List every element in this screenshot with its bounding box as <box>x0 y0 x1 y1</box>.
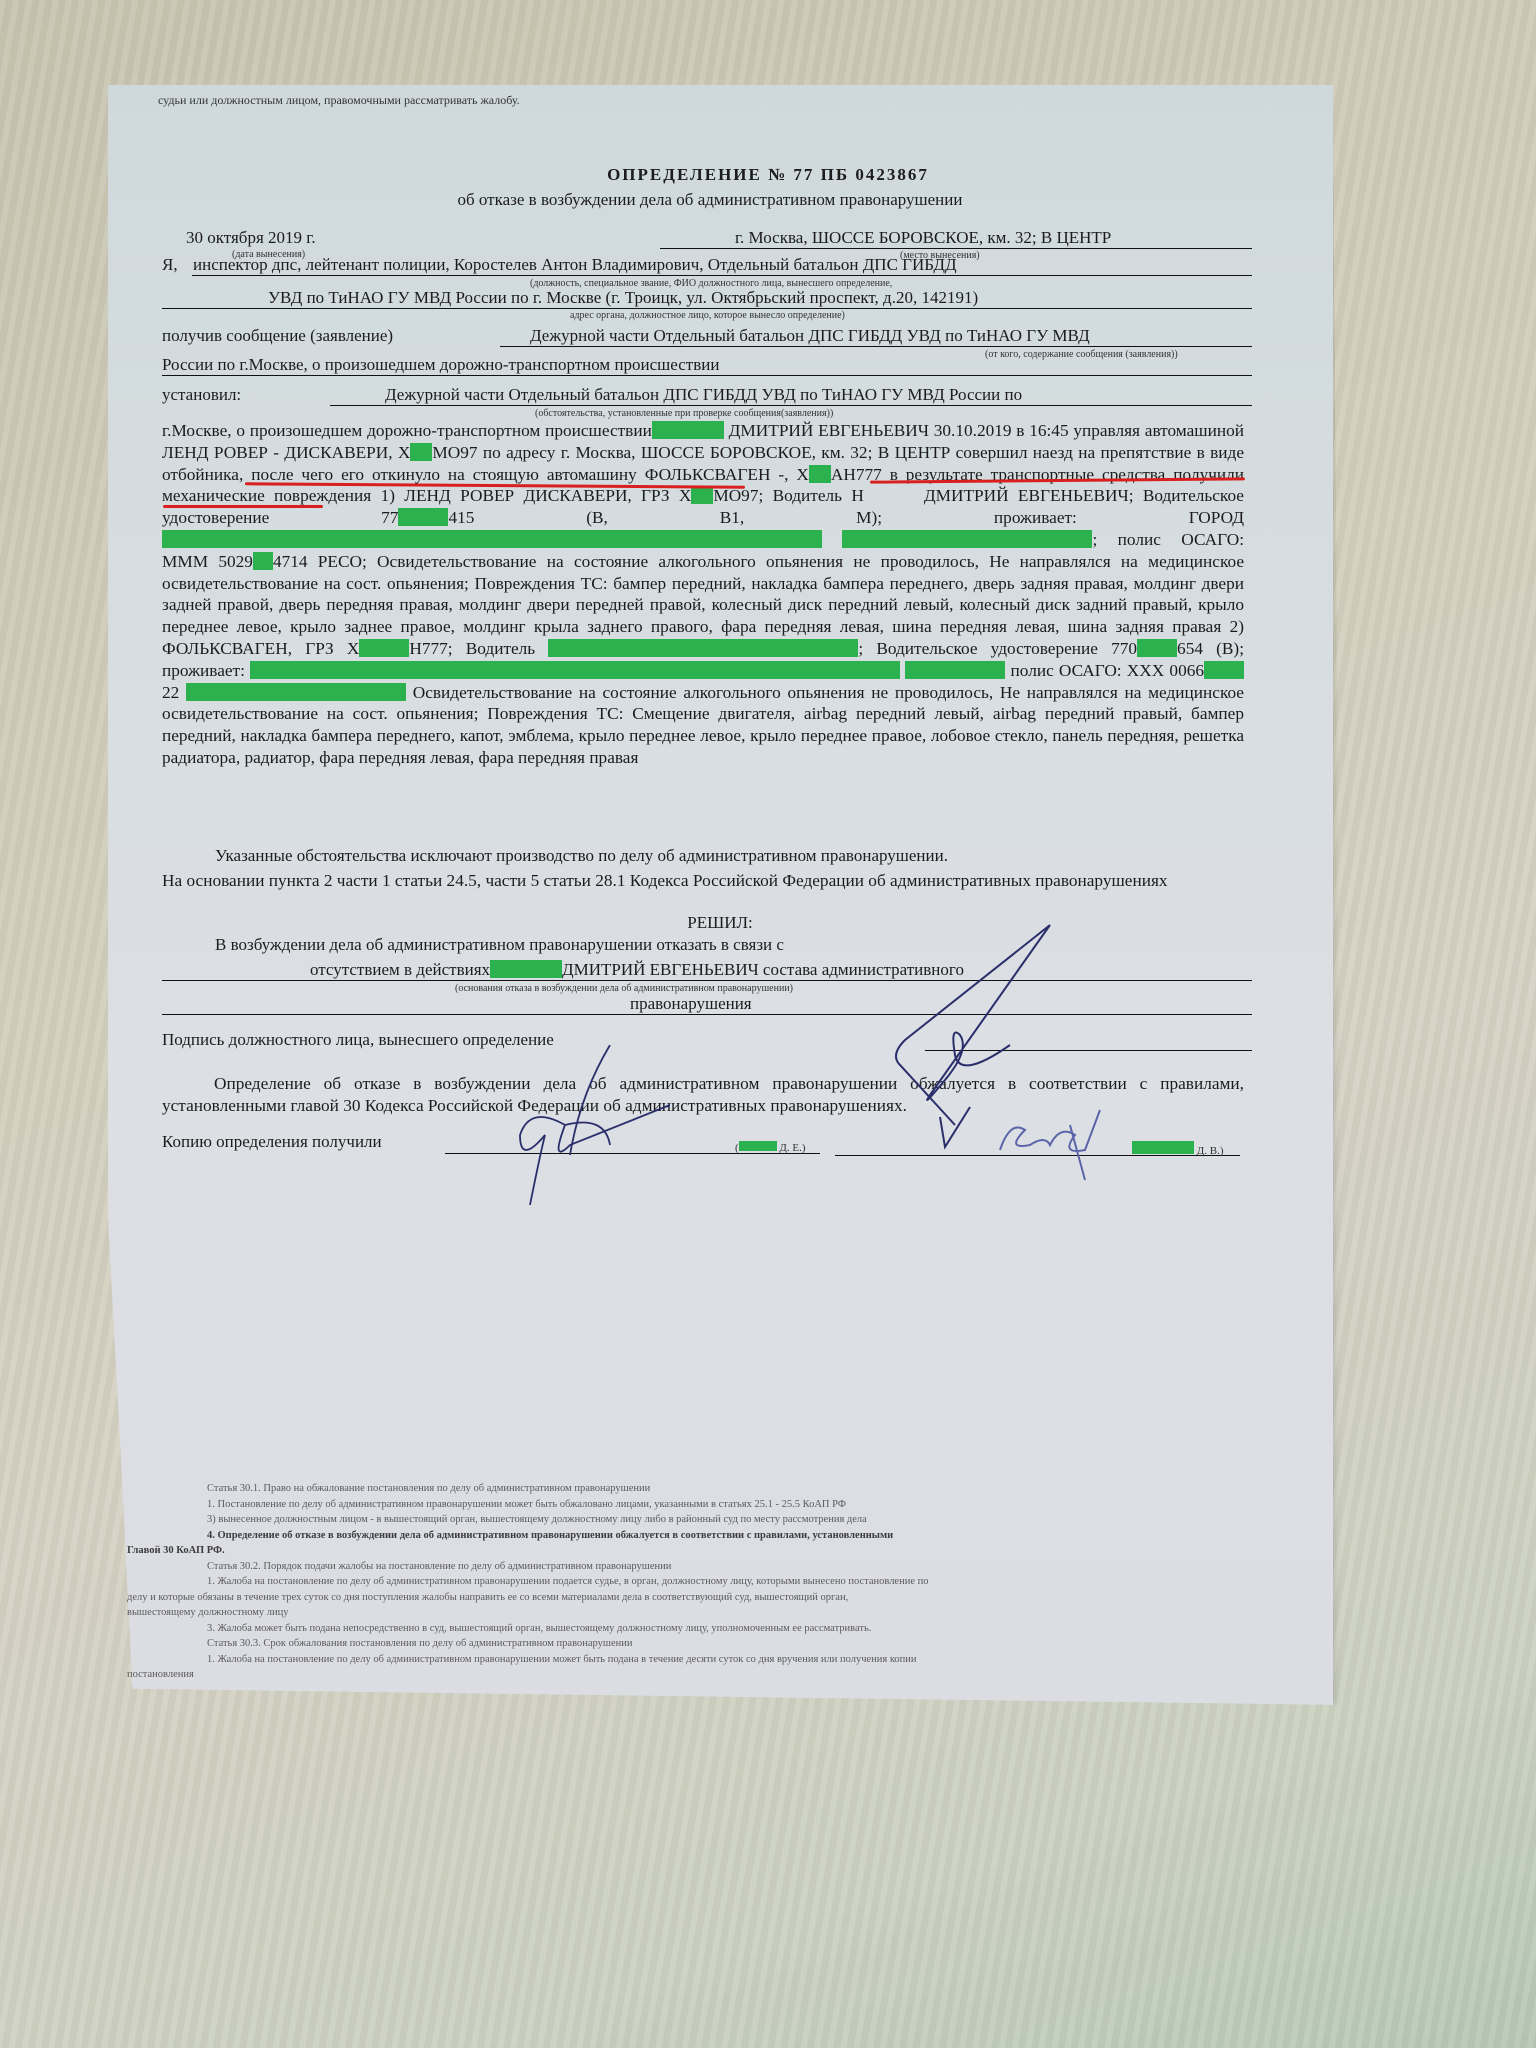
decided-heading: РЕШИЛ: <box>0 913 1440 933</box>
redaction <box>253 552 273 570</box>
redaction <box>864 486 924 504</box>
footer-line: Статья 30.1. Право на обжалование постан… <box>207 1483 650 1494</box>
received-caption: (от кого, содержание сообщения (заявлени… <box>985 349 1178 360</box>
i-label: Я, <box>162 255 178 275</box>
redaction <box>1132 1141 1194 1154</box>
redaction <box>398 508 448 526</box>
redaction <box>162 530 822 548</box>
place-line <box>660 248 1252 249</box>
footer-line: 3) вынесенное должностным лицом - в выше… <box>207 1514 867 1525</box>
footer-line: 1. Жалоба на постановление по делу об ад… <box>207 1654 917 1665</box>
document-subtitle: об отказе в возбуждении дела об админист… <box>0 190 1420 210</box>
redaction <box>250 661 900 679</box>
received-value: Дежурной части Отдельный батальон ДПС ГИ… <box>530 326 1090 346</box>
recipient-1-signature <box>510 1045 670 1215</box>
established-label: установил: <box>162 385 241 405</box>
basis-text: На основании пункта 2 части 1 статьи 24.… <box>162 870 1244 892</box>
redaction <box>809 465 831 483</box>
recipient-2-signature <box>990 1105 1110 1185</box>
redaction <box>186 683 406 701</box>
footer-line: делу и которые обязаны в течение трех су… <box>127 1592 848 1603</box>
established-line <box>330 405 1252 406</box>
org-value: УВД по ТиНАО ГУ МВД России по г. Москве … <box>268 288 978 308</box>
footer-line: Статья 30.3. Срок обжалования постановле… <box>207 1638 632 1649</box>
footer-line: 1. Постановление по делу об администрати… <box>207 1499 846 1510</box>
recipient-1-name: ( Д. Е.) <box>735 1141 806 1154</box>
top-cut-text: судьи или должностным лицом, правомочным… <box>158 93 520 108</box>
established-value: Дежурной части Отдельный батальон ДПС ГИ… <box>385 385 1022 405</box>
date-value: 30 октября 2019 г. <box>186 228 316 248</box>
decision-text: В возбуждении дела об административном п… <box>215 935 784 955</box>
footer-line: 1. Жалоба на постановление по делу об ад… <box>207 1576 929 1587</box>
footer-line: 4. Определение об отказе в возбуждении д… <box>207 1530 893 1541</box>
place-value: г. Москва, ШОССЕ БОРОВСКОЕ, км. 32; В ЦЕ… <box>735 228 1111 248</box>
circumstances-text: Указанные обстоятельства исключают произ… <box>215 846 948 866</box>
received-value-2: России по г.Москве, о произошедшем дорож… <box>162 355 719 375</box>
footer-line: постановления <box>127 1669 194 1680</box>
redaction <box>359 639 409 657</box>
redaction <box>490 960 562 978</box>
redaction <box>548 639 858 657</box>
copy-label: Копию определения получили <box>162 1132 382 1152</box>
redaction <box>410 443 432 461</box>
received-label: получив сообщение (заявление) <box>162 326 393 346</box>
redaction <box>739 1141 777 1151</box>
redaction <box>691 486 713 504</box>
redaction <box>905 661 1005 679</box>
decision-line <box>162 980 1252 981</box>
redaction <box>1204 661 1244 679</box>
signature-label: Подпись должностного лица, вынесшего опр… <box>162 1030 554 1050</box>
footer-line: 3. Жалоба может быть подана непосредстве… <box>207 1623 871 1634</box>
recipient-2-name: Д. В.) <box>1132 1141 1224 1157</box>
established-caption: (обстоятельства, установленные при прове… <box>535 408 833 419</box>
redaction <box>842 530 1092 548</box>
officer-value: инспектор дпс, лейтенант полиции, Корост… <box>193 255 957 275</box>
footer-line: вышестоящему должностному лицу <box>127 1607 289 1618</box>
org-caption: адрес органа, должностное лицо, которое … <box>570 310 845 321</box>
received-line <box>500 346 1252 347</box>
highlighted-phrase-2: его откинуло на стоящую автомашину ФОЛЬК… <box>341 465 784 484</box>
decision-caption: (основания отказа в возбуждении дела об … <box>455 983 793 994</box>
footer-line: Статья 30.2. Порядок подачи жалобы на по… <box>207 1561 671 1572</box>
document-title: ОПРЕДЕЛЕНИЕ № 77 ПБ 0423867 <box>0 165 1536 185</box>
officer-line <box>192 275 1252 276</box>
decision-line-2 <box>162 1014 1252 1015</box>
decision-reason-2: правонарушения <box>630 994 752 1014</box>
red-underline <box>163 505 323 508</box>
redaction <box>1137 639 1177 657</box>
checkmark-stroke <box>935 1102 975 1152</box>
redaction <box>652 421 724 439</box>
footer-line: Главой 30 КоАП РФ. <box>127 1545 225 1556</box>
received-line-2 <box>162 375 1252 376</box>
incident-description: г.Москве, о произошедшем дорожно-транспо… <box>162 420 1244 769</box>
org-line <box>162 308 1252 309</box>
